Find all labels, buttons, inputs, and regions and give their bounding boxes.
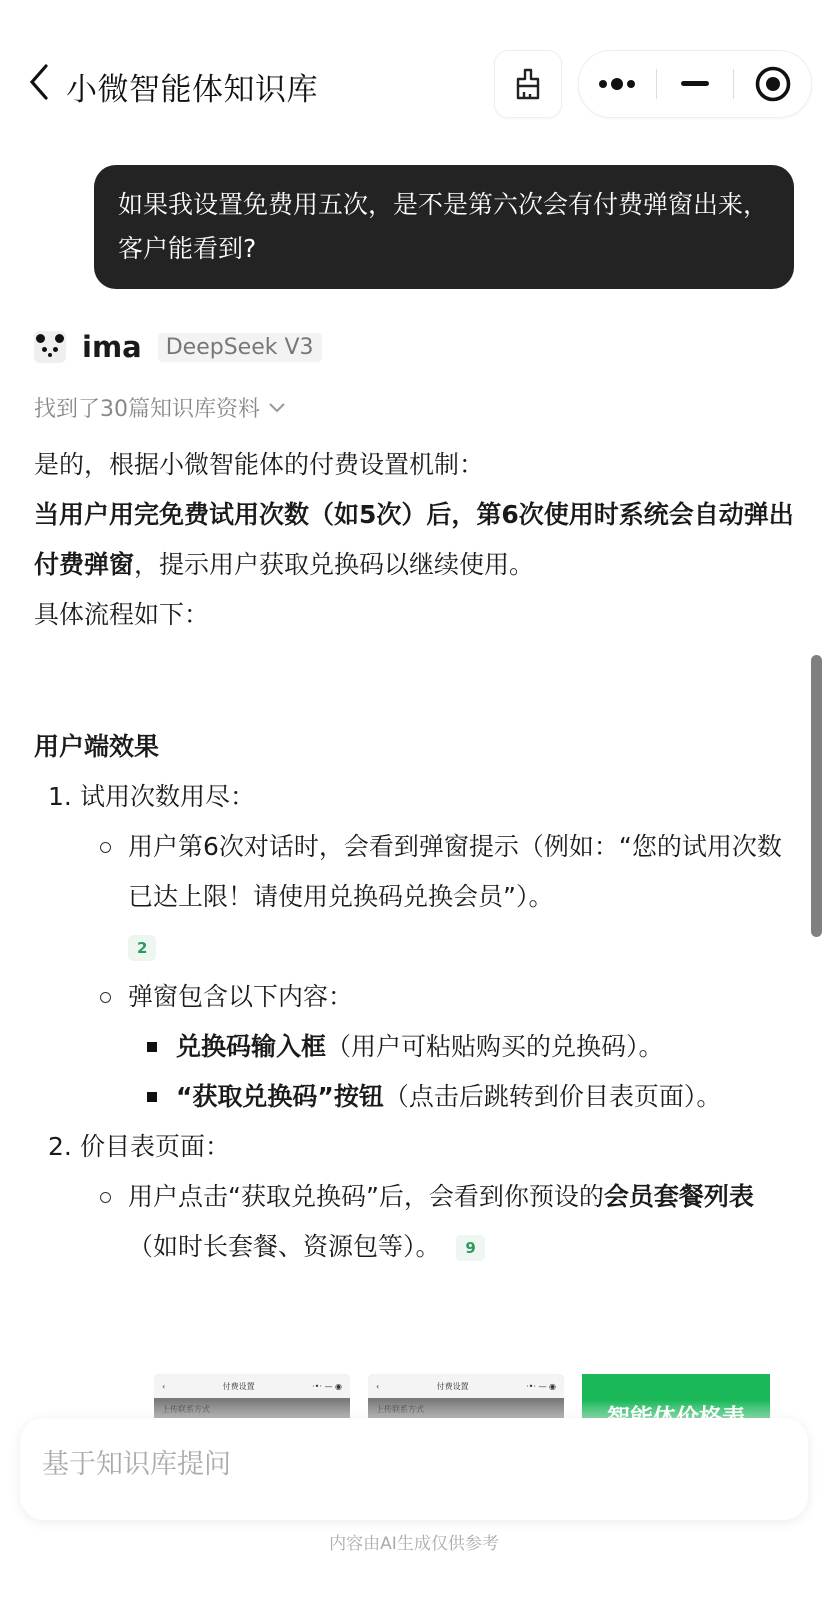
brush-icon	[513, 68, 543, 100]
scrollbar[interactable]	[811, 655, 822, 937]
assistant-answer: 是的，根据小微智能体的付费设置机制： 当用户用完免费试用次数（如5次）后，第6次…	[34, 440, 794, 1272]
sub-bullet-item: 兑换码输入框（用户可粘贴购买的兑换码）。	[34, 1022, 794, 1072]
sub-bullet-item: “获取兑换码”按钮（点击后跳转到价目表页面）。	[34, 1072, 794, 1122]
list-item-step-1: 1.试用次数用尽：	[34, 772, 794, 822]
bullet-item: 用户第6次对话时，会看到弹窗提示（例如：“您的试用次数已达上限！请使用兑换码兑换…	[34, 822, 794, 972]
section-heading: 用户端效果	[34, 722, 794, 772]
minimize-icon	[681, 80, 709, 88]
bullet-item: 弹窗包含以下内容：	[34, 972, 794, 1022]
panda-avatar	[34, 331, 66, 363]
user-message-bubble: 如果我设置免费用五次，是不是第六次会有付费弹窗出来，客户能看到?	[94, 165, 794, 289]
more-dots-icon	[597, 77, 637, 91]
mini-program-capsule	[578, 50, 812, 118]
back-chevron-icon	[26, 62, 52, 102]
chevron-down-icon	[268, 402, 286, 414]
page-title: 小微智能体知识库	[66, 64, 318, 109]
answer-intro: 是的，根据小微智能体的付费设置机制：	[34, 440, 794, 490]
more-button[interactable]	[579, 51, 656, 117]
citation-badge[interactable]: 2	[128, 935, 156, 961]
citation-badge[interactable]: 9	[456, 1235, 484, 1261]
top-nav-bar: 小微智能体知识库	[0, 48, 828, 120]
list-item-step-2: 2.价目表页面：	[34, 1122, 794, 1172]
clear-context-button[interactable]	[494, 50, 562, 118]
minimize-button[interactable]	[657, 51, 734, 117]
sources-toggle[interactable]: 找到了30篇知识库资料	[34, 392, 286, 423]
assistant-header: ima DeepSeek V3	[34, 330, 322, 364]
back-button[interactable]	[26, 62, 56, 102]
assistant-name: ima	[82, 330, 142, 364]
close-button[interactable]	[734, 51, 811, 117]
answer-flow-label: 具体流程如下：	[34, 590, 794, 640]
bullet-item: 用户点击“获取兑换码”后，会看到你预设的会员套餐列表（如时长套餐、资源包等）。 …	[34, 1172, 794, 1272]
sources-count-label: 找到了30篇知识库资料	[34, 392, 260, 423]
answer-summary: 当用户用完免费试用次数（如5次）后，第6次使用时系统会自动弹出付费弹窗，提示用户…	[34, 490, 794, 590]
record-target-icon	[754, 65, 792, 103]
ai-disclaimer: 内容由AI生成仅供参考	[0, 1529, 828, 1554]
question-input[interactable]	[40, 1448, 744, 1481]
model-badge: DeepSeek V3	[158, 333, 322, 362]
question-input-box[interactable]	[20, 1418, 808, 1520]
